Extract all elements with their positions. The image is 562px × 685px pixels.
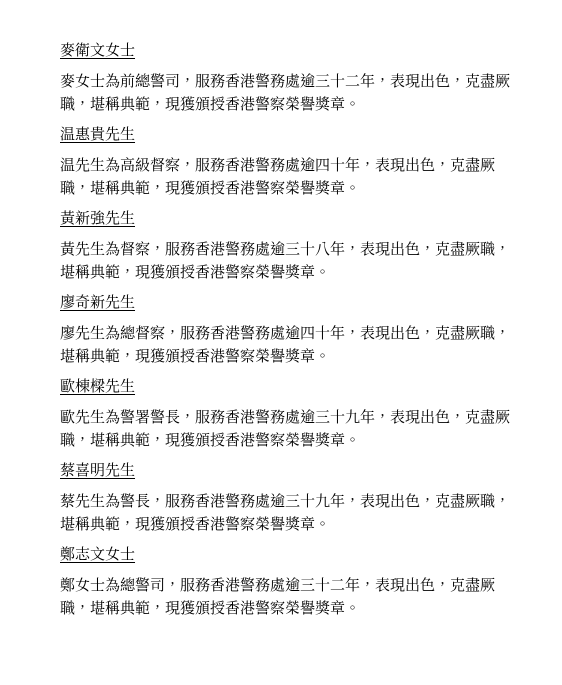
recipient-name: 蔡喜明先生 [60, 460, 135, 483]
award-recipient-section: 鄭志文女士 鄭女士為總警司，服務香港警務處逾三十二年，表現出色，克盡厥職，堪稱典… [60, 544, 512, 621]
recipient-name: 黃新強先生 [60, 208, 135, 231]
award-recipient-section: 蔡喜明先生 蔡先生為警長，服務香港警務處逾三十九年，表現出色，克盡厥職，堪稱典範… [60, 460, 512, 537]
recipient-description: 鄭女士為總警司，服務香港警務處逾三十二年，表現出色，克盡厥職，堪稱典範，現獲頒授… [60, 575, 512, 621]
document-page: 麥衛文女士 麥女士為前總警司，服務香港警務處逾三十二年，表現出色，克盡厥職，堪稱… [0, 0, 562, 685]
recipient-name: 歐棟樑先生 [60, 376, 135, 399]
recipient-description: 黃先生為督察，服務香港警務處逾三十八年，表現出色，克盡厥職，堪稱典範，現獲頒授香… [60, 239, 512, 285]
award-recipient-list: 麥衛文女士 麥女士為前總警司，服務香港警務處逾三十二年，表現出色，克盡厥職，堪稱… [60, 40, 512, 621]
recipient-name-row: 蔡喜明先生 [60, 460, 512, 491]
recipient-description: 温先生為高級督察，服務香港警務處逾四十年，表現出色，克盡厥職，堪稱典範，現獲頒授… [60, 155, 512, 201]
award-recipient-section: 温惠貴先生 温先生為高級督察，服務香港警務處逾四十年，表現出色，克盡厥職，堪稱典… [60, 124, 512, 201]
recipient-name-row: 廖奇新先生 [60, 292, 512, 323]
award-recipient-section: 麥衛文女士 麥女士為前總警司，服務香港警務處逾三十二年，表現出色，克盡厥職，堪稱… [60, 40, 512, 117]
recipient-description: 麥女士為前總警司，服務香港警務處逾三十二年，表現出色，克盡厥職，堪稱典範，現獲頒… [60, 71, 512, 117]
recipient-name: 温惠貴先生 [60, 124, 135, 147]
award-recipient-section: 歐棟樑先生 歐先生為警署警長，服務香港警務處逾三十九年，表現出色，克盡厥職，堪稱… [60, 376, 512, 453]
recipient-name-row: 歐棟樑先生 [60, 376, 512, 407]
award-recipient-section: 廖奇新先生 廖先生為總督察，服務香港警務處逾四十年，表現出色，克盡厥職，堪稱典範… [60, 292, 512, 369]
recipient-name: 麥衛文女士 [60, 40, 135, 63]
recipient-description: 廖先生為總督察，服務香港警務處逾四十年，表現出色，克盡厥職，堪稱典範，現獲頒授香… [60, 323, 512, 369]
recipient-description: 蔡先生為警長，服務香港警務處逾三十九年，表現出色，克盡厥職，堪稱典範，現獲頒授香… [60, 491, 512, 537]
recipient-name: 廖奇新先生 [60, 292, 135, 315]
recipient-name-row: 黃新強先生 [60, 208, 512, 239]
recipient-name-row: 鄭志文女士 [60, 544, 512, 575]
recipient-name-row: 温惠貴先生 [60, 124, 512, 155]
award-recipient-section: 黃新強先生 黃先生為督察，服務香港警務處逾三十八年，表現出色，克盡厥職，堪稱典範… [60, 208, 512, 285]
recipient-name-row: 麥衛文女士 [60, 40, 512, 71]
recipient-description: 歐先生為警署警長，服務香港警務處逾三十九年，表現出色，克盡厥職，堪稱典範，現獲頒… [60, 407, 512, 453]
recipient-name: 鄭志文女士 [60, 544, 135, 567]
